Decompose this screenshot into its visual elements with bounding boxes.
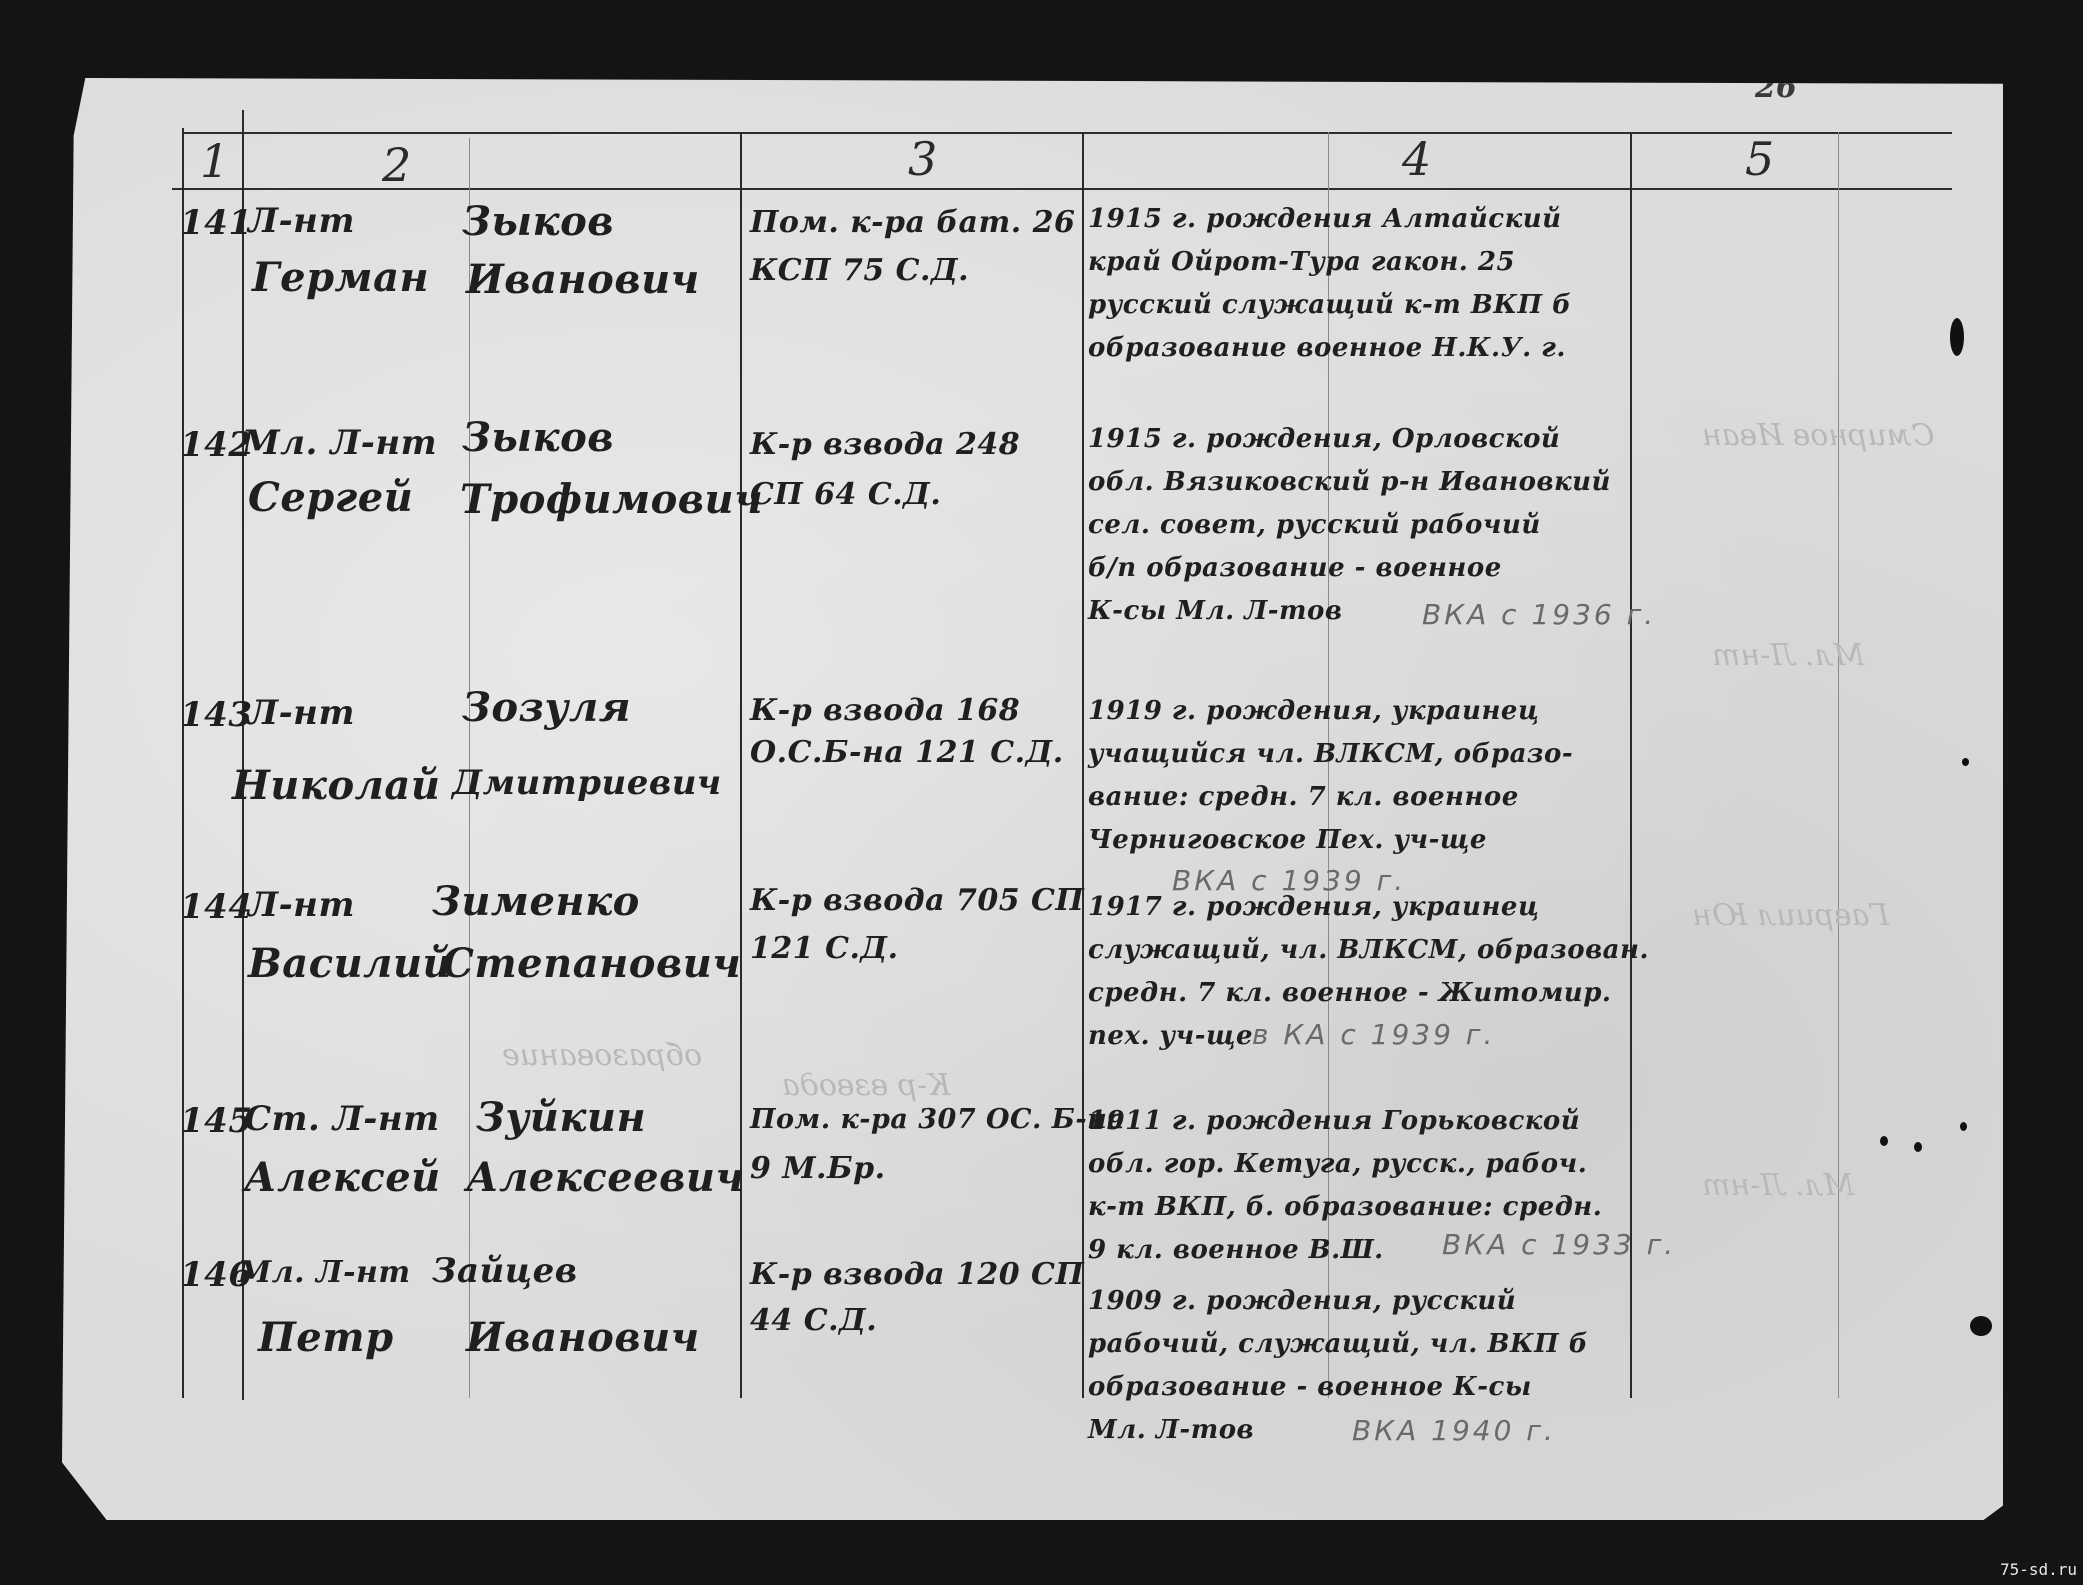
punch-hole xyxy=(1073,1557,1080,1570)
bio-line: образование военное Н.К.У. г. xyxy=(1088,327,1566,370)
punch-hole xyxy=(1960,1122,1967,1131)
bio-line: 1911 г. рождения Горьковской xyxy=(1088,1100,1580,1143)
position-line: Пом. к-ра бат. 26 xyxy=(750,208,1075,238)
bio-line: рабочий, служащий, чл. ВКП б xyxy=(1088,1323,1588,1366)
bio-line: средн. 7 кл. военное - Житомир. xyxy=(1088,972,1611,1015)
surname: Зуйкин xyxy=(476,1098,646,1138)
position-line: 44 С.Д. xyxy=(750,1306,877,1336)
punch-hole xyxy=(1970,1316,1992,1336)
bio-line: обл. гор. Кетуга, русск., рабоч. xyxy=(1088,1143,1587,1186)
position-line: К-р взвода 705 СП xyxy=(750,886,1084,916)
watermark-site-label: 75-sd.ru xyxy=(2000,1560,2077,1579)
column-divider xyxy=(740,132,742,1398)
row-number: 143 xyxy=(180,698,252,732)
bio-line: пех. уч-ще xyxy=(1088,1015,1253,1058)
pencil-note: ВКА с 1933 г. xyxy=(1442,1228,1676,1261)
bio-line: 1909 г. рождения, русский xyxy=(1088,1280,1516,1323)
position-line: К-р взвода 248 xyxy=(750,430,1020,460)
column-divider xyxy=(1630,132,1632,1398)
rank: Л-нт xyxy=(248,204,355,238)
rank: Ст. Л-нт xyxy=(244,1102,440,1136)
pencil-note: в КА с 1939 г. xyxy=(1252,1018,1495,1051)
bleed-through-text: Гавриил Юн xyxy=(1692,898,1889,933)
bio-line: служащий, чл. ВЛКСМ, образован. xyxy=(1088,929,1649,972)
surname: Зыков xyxy=(462,202,614,242)
first-name: Герман xyxy=(252,258,429,298)
bio-line: Мл. Л-тов xyxy=(1088,1409,1254,1452)
bio-line: 1915 г. рождения Алтайский xyxy=(1088,198,1562,241)
bio-line: 9 кл. военное В.Ш. xyxy=(1088,1229,1384,1272)
row-number: 141 xyxy=(180,206,252,240)
column-divider-faint xyxy=(1838,132,1839,1398)
column-header-3: 3 xyxy=(908,132,937,186)
row-number: 144 xyxy=(180,890,252,924)
pencil-note: ВКА с 1936 г. xyxy=(1422,598,1656,631)
bio-line: К-сы Мл. Л-тов xyxy=(1088,590,1342,633)
position-line: О.С.Б-на 121 С.Д. xyxy=(750,738,1064,768)
column-header-1: 1 xyxy=(200,134,229,188)
punch-hole xyxy=(1962,758,1969,766)
punch-hole xyxy=(1914,1142,1922,1152)
surname: Зыков xyxy=(462,418,614,458)
bio-line: образование - военное К-сы xyxy=(1088,1366,1532,1409)
rank: Мл. Л-нт xyxy=(238,1258,411,1288)
bleed-through-text: К-р взвода xyxy=(782,1068,950,1103)
bleed-through-text: Мл. Л-нт xyxy=(1702,1168,1854,1203)
position-line: 121 С.Д. xyxy=(750,934,899,964)
bio-line: 1915 г. рождения, Орловской xyxy=(1088,418,1560,461)
patronymic: Иванович xyxy=(466,1318,700,1358)
surname: Зименко xyxy=(432,882,640,922)
bleed-through-text: Мл. Л-нт xyxy=(1712,638,1864,673)
patronymic: Степанович xyxy=(442,944,741,984)
patronymic: Алексеевич xyxy=(466,1158,745,1198)
rank: Л-нт xyxy=(248,888,355,922)
header-bottom-rule xyxy=(172,188,1952,190)
page-number: 26 xyxy=(1755,70,1797,105)
bio-line: Черниговское Пех. уч-ще xyxy=(1088,819,1487,862)
bio-line: 1919 г. рождения, украинец xyxy=(1088,690,1539,733)
position-line: СП 64 С.Д. xyxy=(750,480,941,510)
bio-line: сел. совет, русский рабочий xyxy=(1088,504,1541,547)
column-header-2: 2 xyxy=(382,138,411,192)
patronymic: Трофимович xyxy=(460,480,763,520)
bio-line: русский служащий к-т ВКП б xyxy=(1088,284,1571,327)
first-name: Василий xyxy=(248,944,452,984)
bio-line: учащийся чл. ВЛКСМ, образо- xyxy=(1088,733,1573,776)
archive-page: 26 1 2 3 4 5 Смирнов Иван Мл. Л-нт Гаври… xyxy=(62,78,2003,1520)
bio-line: край Ойрот-Тура гакон. 25 xyxy=(1088,241,1515,284)
row-number: 145 xyxy=(180,1104,252,1138)
bio-line: б/п образование - военное xyxy=(1088,547,1502,590)
pencil-note: ВКА 1940 г. xyxy=(1352,1414,1556,1447)
rank: Л-нт xyxy=(248,696,355,730)
first-name: Сергей xyxy=(248,478,413,518)
bio-line: 1917 г. рождения, украинец xyxy=(1088,886,1539,929)
position-line: 9 М.Бр. xyxy=(750,1154,886,1184)
punch-hole xyxy=(1880,1136,1888,1146)
column-divider xyxy=(242,110,244,1400)
column-divider xyxy=(1082,132,1084,1398)
position-line: КСП 75 С.Д. xyxy=(750,256,969,286)
header-top-rule xyxy=(182,132,1952,134)
bio-line: обл. Вязиковский р-н Ивановкий xyxy=(1088,461,1611,504)
punch-hole xyxy=(1950,318,1964,356)
column-header-4: 4 xyxy=(1402,132,1431,186)
first-name: Алексей xyxy=(244,1158,441,1198)
rank: Мл. Л-нт xyxy=(242,426,437,460)
bio-line: к-т ВКП, б. образование: средн. xyxy=(1088,1186,1602,1229)
surname: Зайцев xyxy=(432,1254,578,1288)
bleed-through-text: образование xyxy=(502,1038,702,1073)
patronymic: Иванович xyxy=(466,260,700,300)
bio-line: вание: средн. 7 кл. военное xyxy=(1088,776,1519,819)
column-divider xyxy=(182,128,184,1398)
position-line: К-р взвода 168 xyxy=(750,696,1020,726)
position-line: Пом. к-ра 307 ОС. Б-на xyxy=(750,1106,1125,1133)
patronymic: Дмитриевич xyxy=(452,766,722,800)
surname: Зозуля xyxy=(462,688,631,728)
first-name: Николай xyxy=(232,766,440,806)
column-header-5: 5 xyxy=(1745,132,1774,186)
first-name: Петр xyxy=(258,1318,394,1358)
position-line: К-р взвода 120 СП xyxy=(750,1260,1084,1290)
bleed-through-text: Смирнов Иван xyxy=(1702,418,1934,453)
